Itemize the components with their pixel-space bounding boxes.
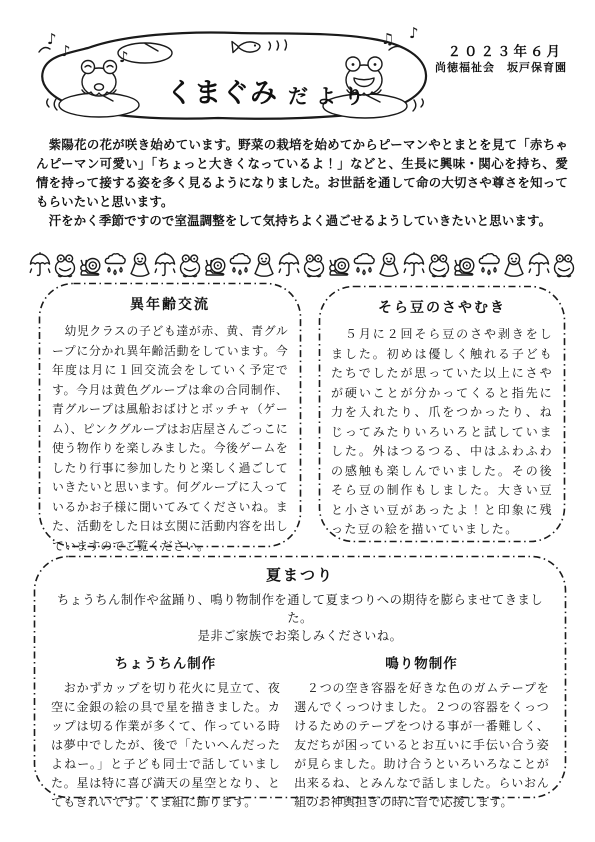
column-chouchin: ちょうちん制作 おかずカップを切り花火に見立て、夜空に金銀の絵の具で星を描きまし…: [51, 648, 280, 812]
article-title: そら豆のさやむき: [331, 297, 553, 317]
column-title: 鳴り物制作: [294, 652, 549, 672]
newsletter-title-sub: だより: [288, 80, 372, 110]
article-box-natsumatsuri: 夏まつり ちょうちん制作や盆踊り、鳴り物制作を通して夏まつりへの期待を膨らませて…: [33, 555, 567, 799]
article-title: 夏まつり: [51, 564, 549, 585]
svg-text:♪: ♪: [47, 30, 57, 48]
article-box-age-exchange: 異年齢交流 幼児クラスの子ども達が赤、黄、青グループに分かれ異年齢活動をしていま…: [38, 282, 302, 548]
intro-paragraph-1: 紫陽花の花が咲き始めています。野菜の栽培を始めてからピーマンやとまとを見て「赤ち…: [36, 136, 568, 212]
svg-text:♪: ♪: [119, 48, 129, 66]
svg-text:♪: ♪: [409, 26, 419, 42]
article-body: ５月に２回そら豆のさや剥きをしました。初めは優しく触れる子どもたちでしたが思って…: [331, 325, 553, 540]
column-title: ちょうちん制作: [51, 652, 280, 672]
intro-section: 紫陽花の花が咲き始めています。野菜の栽培を始めてからピーマンやとまとを見て「赤ち…: [36, 136, 568, 231]
newsletter-title-main: くまぐみ: [166, 71, 278, 110]
svg-text:♫: ♫: [381, 30, 394, 48]
column-body: ２つの空き容器を好きな色のガムテープを選んでくっつけました。２つの容器をくっつけ…: [294, 679, 549, 812]
rain-icon: [477, 251, 501, 279]
column-narimono: 鳴り物制作 ２つの空き容器を好きな色のガムテープを選んでくっつけました。２つの容…: [294, 648, 549, 812]
frog-icon: [302, 251, 326, 279]
svg-text:♪: ♪: [61, 42, 71, 60]
newsletter-page: ♪ ♪ ♪ ♫ ♪ くまぐみ だより ２０２３年６月 尚徳福祉会 坂戸保育園 紫…: [0, 0, 595, 842]
frog-icon: [427, 251, 451, 279]
umbrella-icon: [28, 251, 52, 279]
teruteru-icon: [128, 251, 152, 279]
article-body: 幼児クラスの子ども達が赤、黄、青グループに分かれ異年齢活動をしています。今年度は…: [52, 322, 288, 556]
snail-icon: [452, 251, 476, 279]
umbrella-icon: [527, 251, 551, 279]
frog-icon: [552, 251, 576, 279]
issue-date: ２０２３年６月: [448, 40, 564, 60]
article-lead-line2: 是非ご家族でお楽しみくださいね。: [51, 627, 549, 645]
two-column-section: ちょうちん制作 おかずカップを切り花火に見立て、夜空に金銀の絵の具で星を描きまし…: [51, 648, 549, 812]
intro-paragraph-2: 汗をかく季節ですので室温調整をして気持ちよく過ごせるようしていきたいと思います。: [36, 212, 568, 231]
rain-icon: [228, 251, 252, 279]
teruteru-icon: [377, 251, 401, 279]
teruteru-icon: [252, 251, 276, 279]
article-title: 異年齢交流: [52, 294, 288, 314]
newsletter-title: くまぐみ だより: [166, 70, 366, 110]
umbrella-icon: [402, 251, 426, 279]
umbrella-icon: [153, 251, 177, 279]
frog-icon: [178, 251, 202, 279]
organization-name: 尚徳福祉会 坂戸保育園: [435, 59, 567, 75]
rain-icon: [352, 251, 376, 279]
snail-icon: [327, 251, 351, 279]
teruteru-icon: [502, 251, 526, 279]
rain-icon: [103, 251, 127, 279]
seasonal-icon-row: [28, 249, 576, 279]
article-box-soramame: そら豆のさやむき ５月に２回そら豆のさや剥きをしました。初めは優しく触れる子ども…: [318, 285, 566, 543]
snail-icon: [203, 251, 227, 279]
umbrella-icon: [277, 251, 301, 279]
frog-icon: [53, 251, 77, 279]
snail-icon: [78, 251, 102, 279]
column-body: おかずカップを切り花火に見立て、夜空に金銀の絵の具で星を描きました。カップは切る…: [51, 679, 280, 812]
article-lead-line1: ちょうちん制作や盆踊り、鳴り物制作を通して夏まつりへの期待を膨らませてきました。: [51, 591, 549, 627]
